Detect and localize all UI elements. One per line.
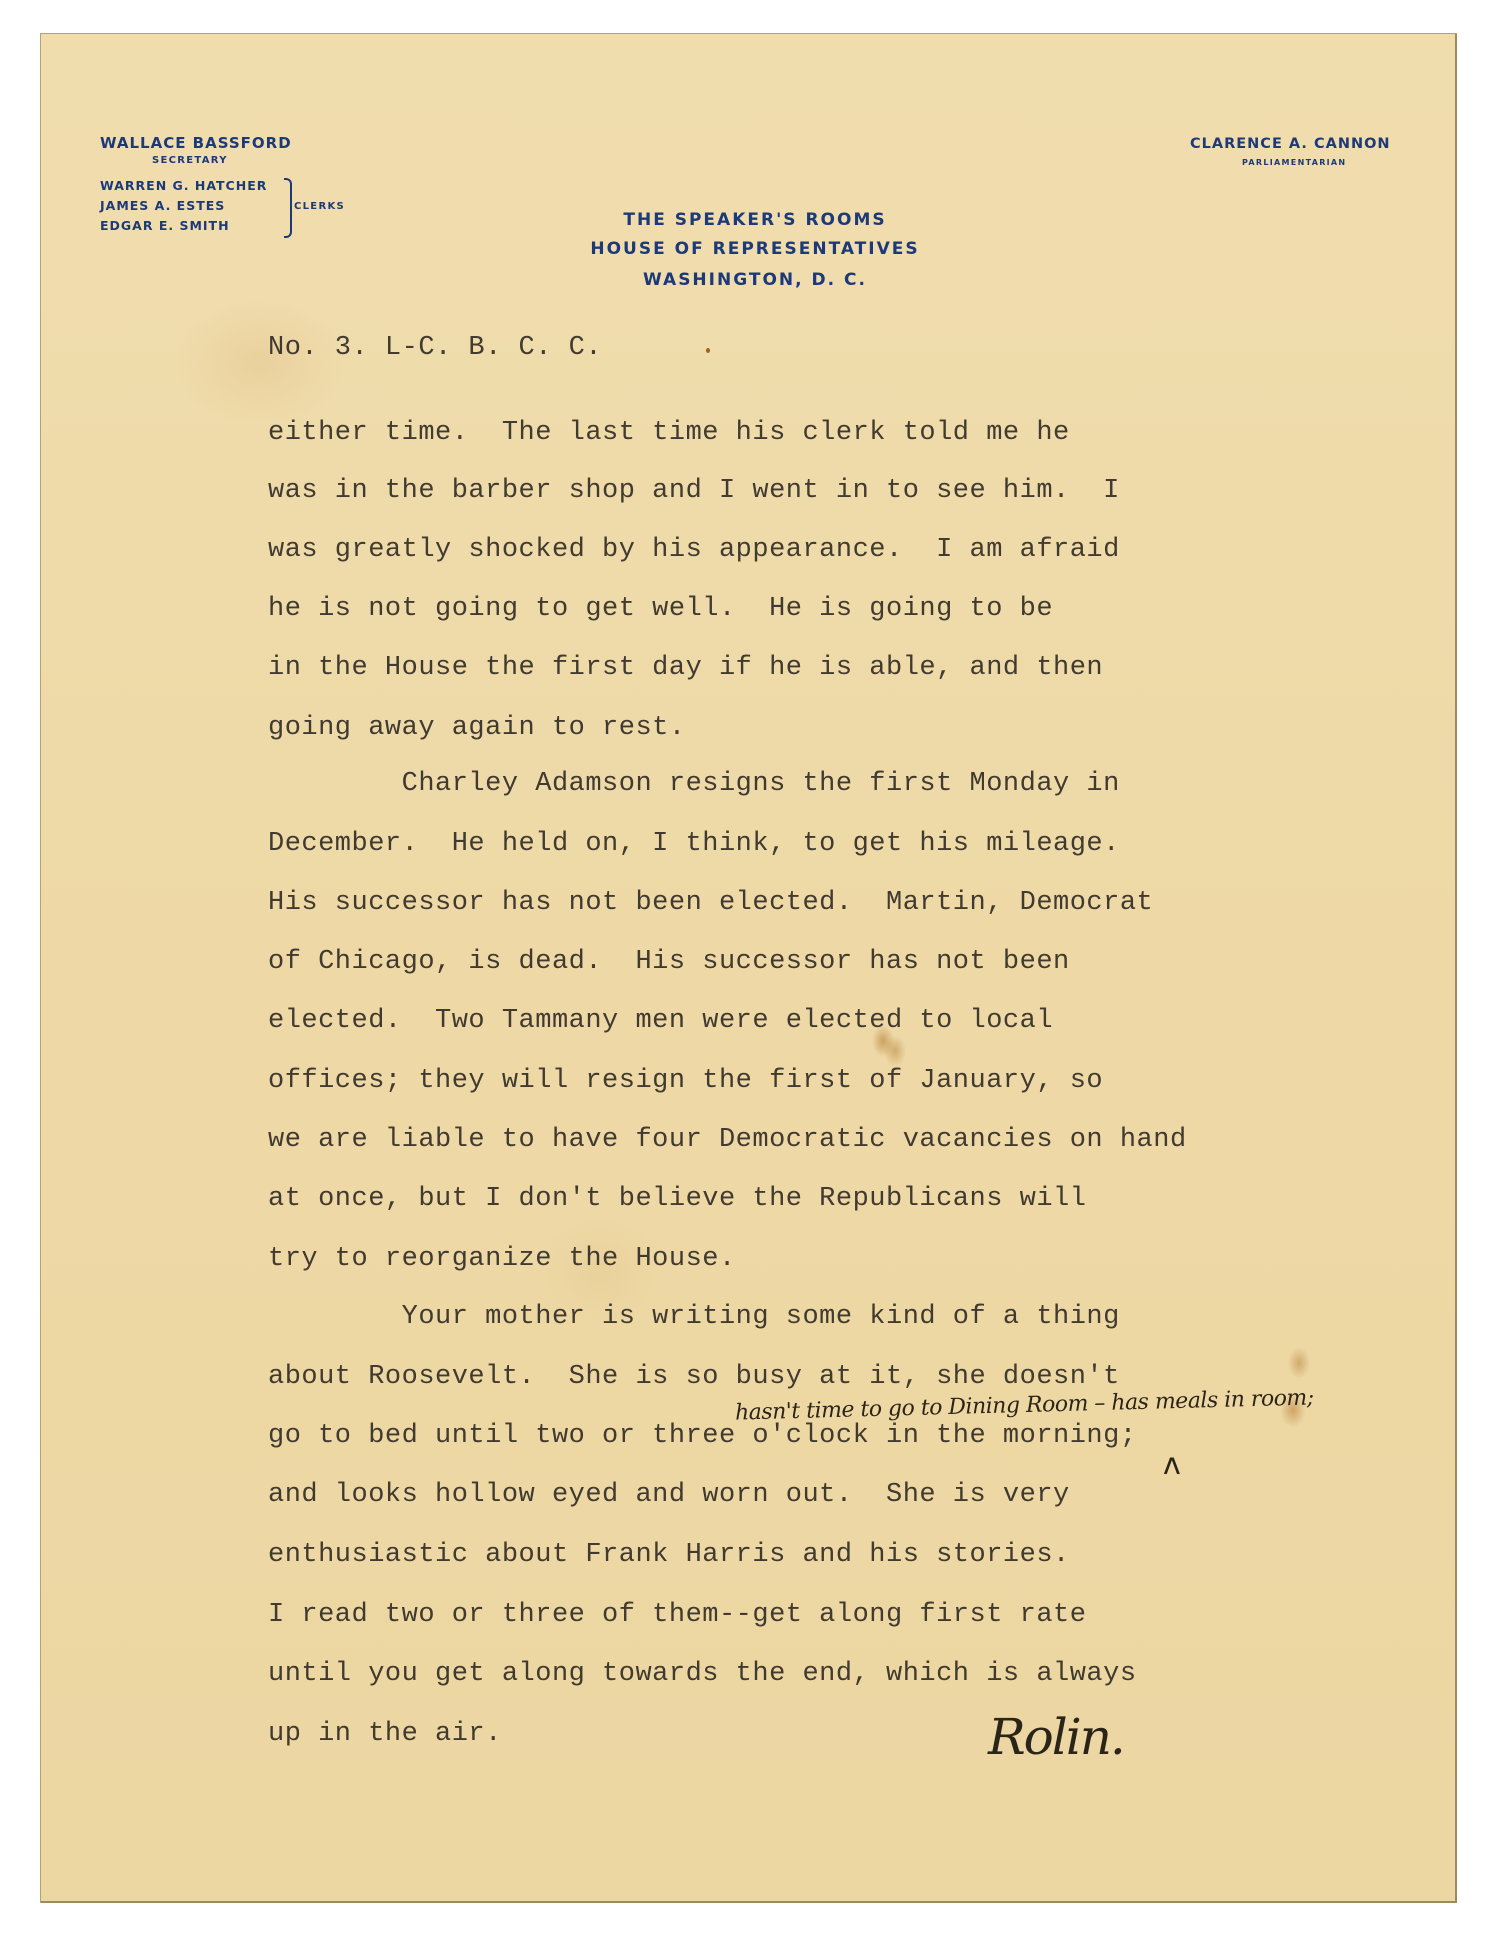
letterhead-secretary-name: WALLACE BASSFORD — [100, 134, 292, 152]
letterhead-clerk: JAMES A. ESTES — [100, 198, 225, 213]
letter-line: elected. Two Tammany men were elected to… — [268, 1006, 1053, 1036]
letter-line: go to bed until two or three o'clock in … — [268, 1421, 1137, 1451]
letterhead-parliamentarian-title: PARLIAMENTARIAN — [1242, 158, 1346, 167]
letterhead-center-line1: THE SPEAKER'S ROOMS — [505, 210, 1005, 230]
letter-line: was greatly shocked by his appearance. I… — [268, 535, 1120, 565]
letter-line: try to reorganize the House. — [268, 1244, 736, 1274]
letter-line: enthusiastic about Frank Harris and his … — [268, 1540, 1070, 1570]
letter-line: and looks hollow eyed and worn out. She … — [268, 1480, 1070, 1510]
ink-speck — [706, 348, 710, 353]
letterhead-clerks-label: CLERKS — [294, 201, 345, 212]
letter-line: Charley Adamson resigns the first Monday… — [268, 769, 1120, 799]
letter-line: Your mother is writing some kind of a th… — [268, 1302, 1120, 1332]
letter-line: he is not going to get well. He is going… — [268, 594, 1053, 624]
letterhead-secretary-title: SECRETARY — [152, 155, 228, 166]
letter-line: in the House the first day if he is able… — [268, 653, 1103, 683]
letter-line: we are liable to have four Democratic va… — [268, 1125, 1187, 1155]
letter-line: of Chicago, is dead. His successor has n… — [268, 947, 1070, 977]
letterhead-clerk: WARREN G. HATCHER — [100, 178, 267, 193]
letterhead-center-line3: WASHINGTON, D. C. — [505, 270, 1005, 290]
letterhead-center-line2: HOUSE OF REPRESENTATIVES — [505, 239, 1005, 259]
letter-line: about Roosevelt. She is so busy at it, s… — [268, 1362, 1120, 1392]
letter-line: going away again to rest. — [268, 713, 686, 743]
letterhead-parliamentarian-name: CLARENCE A. CANNON — [1190, 136, 1391, 152]
letter-line: His successor has not been elected. Mart… — [268, 888, 1153, 918]
insertion-caret: ʌ — [1163, 1447, 1181, 1482]
letter-line: I read two or three of them--get along f… — [268, 1600, 1086, 1630]
letter-line: at once, but I don't believe the Republi… — [268, 1184, 1086, 1214]
clerks-brace — [284, 178, 292, 238]
letter-line: either time. The last time his clerk tol… — [268, 418, 1070, 448]
letter-line: up in the air. — [268, 1719, 502, 1749]
signature: Rolin. — [988, 1708, 1124, 1766]
letter-reference: No. 3. L-C. B. C. C. — [268, 333, 602, 363]
letterhead-clerk: EDGAR E. SMITH — [100, 218, 230, 233]
letter-line: until you get along towards the end, whi… — [268, 1659, 1137, 1689]
letter-line: offices; they will resign the first of J… — [268, 1066, 1103, 1096]
letter-line: was in the barber shop and I went in to … — [268, 476, 1120, 506]
letter-line: December. He held on, I think, to get hi… — [268, 829, 1120, 859]
